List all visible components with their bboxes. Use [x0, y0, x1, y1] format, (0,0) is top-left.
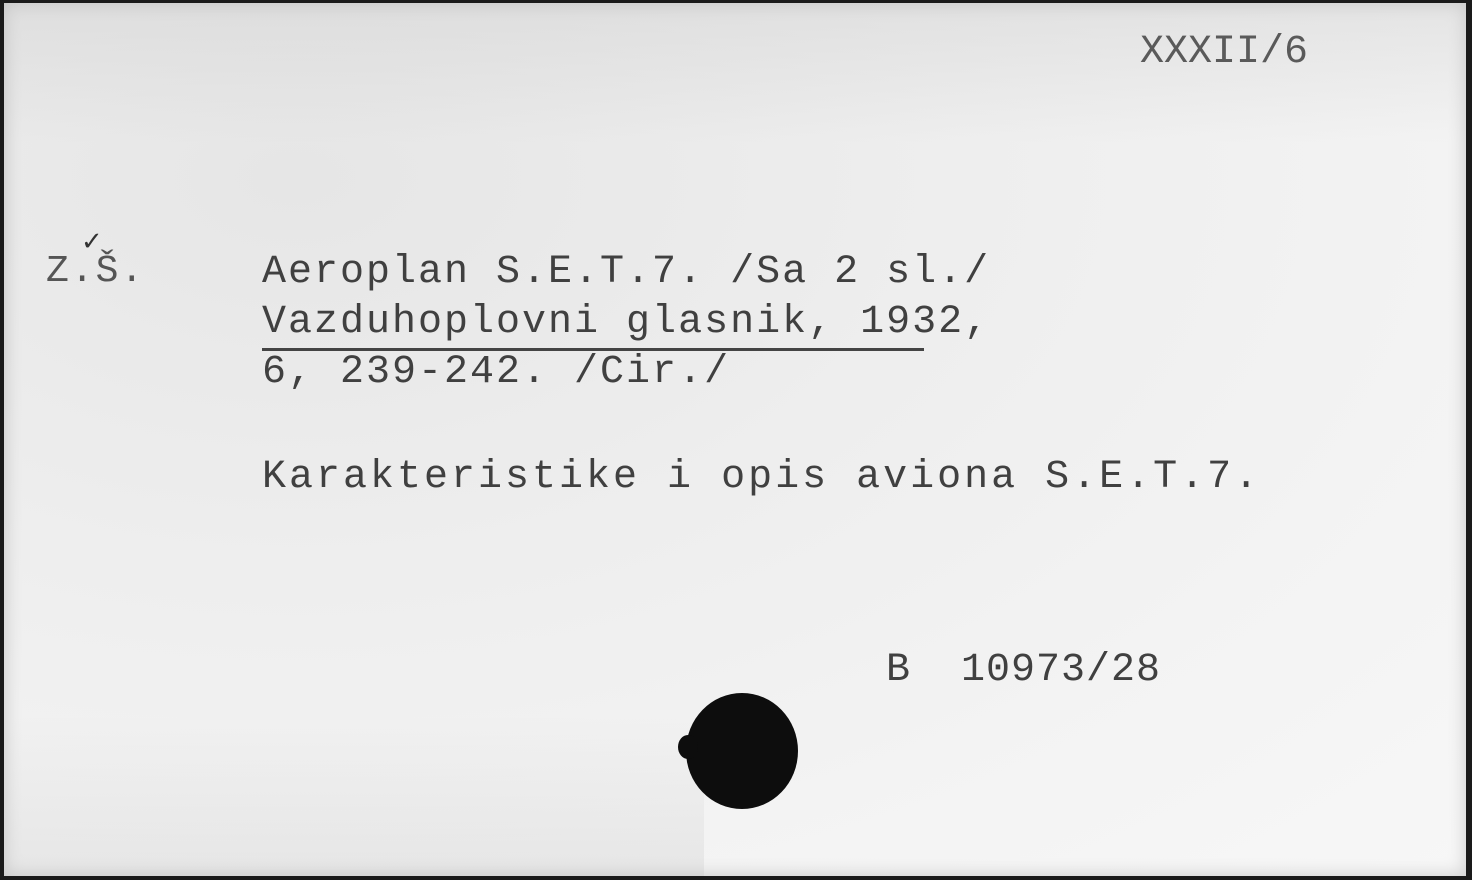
entry-journal-line: Vazduhoplovni glasnik, 1932,: [262, 303, 990, 343]
shelfmark: XXXII/6: [1140, 33, 1308, 73]
entry-pages-line: 6, 239-242. /Cir./: [262, 353, 730, 393]
subject-heading: Z.Š.: [46, 253, 145, 291]
punch-hole: [686, 693, 798, 809]
accession-number: B 10973/28: [886, 651, 1161, 691]
catalog-card: XXXII/6 ✓ Z.Š. Aeroplan S.E.T.7. /Sa 2 s…: [4, 3, 1466, 876]
description: Karakteristike i opis aviona S.E.T.7.: [262, 458, 1261, 498]
entry-title-line: Aeroplan S.E.T.7. /Sa 2 sl./: [262, 253, 990, 293]
